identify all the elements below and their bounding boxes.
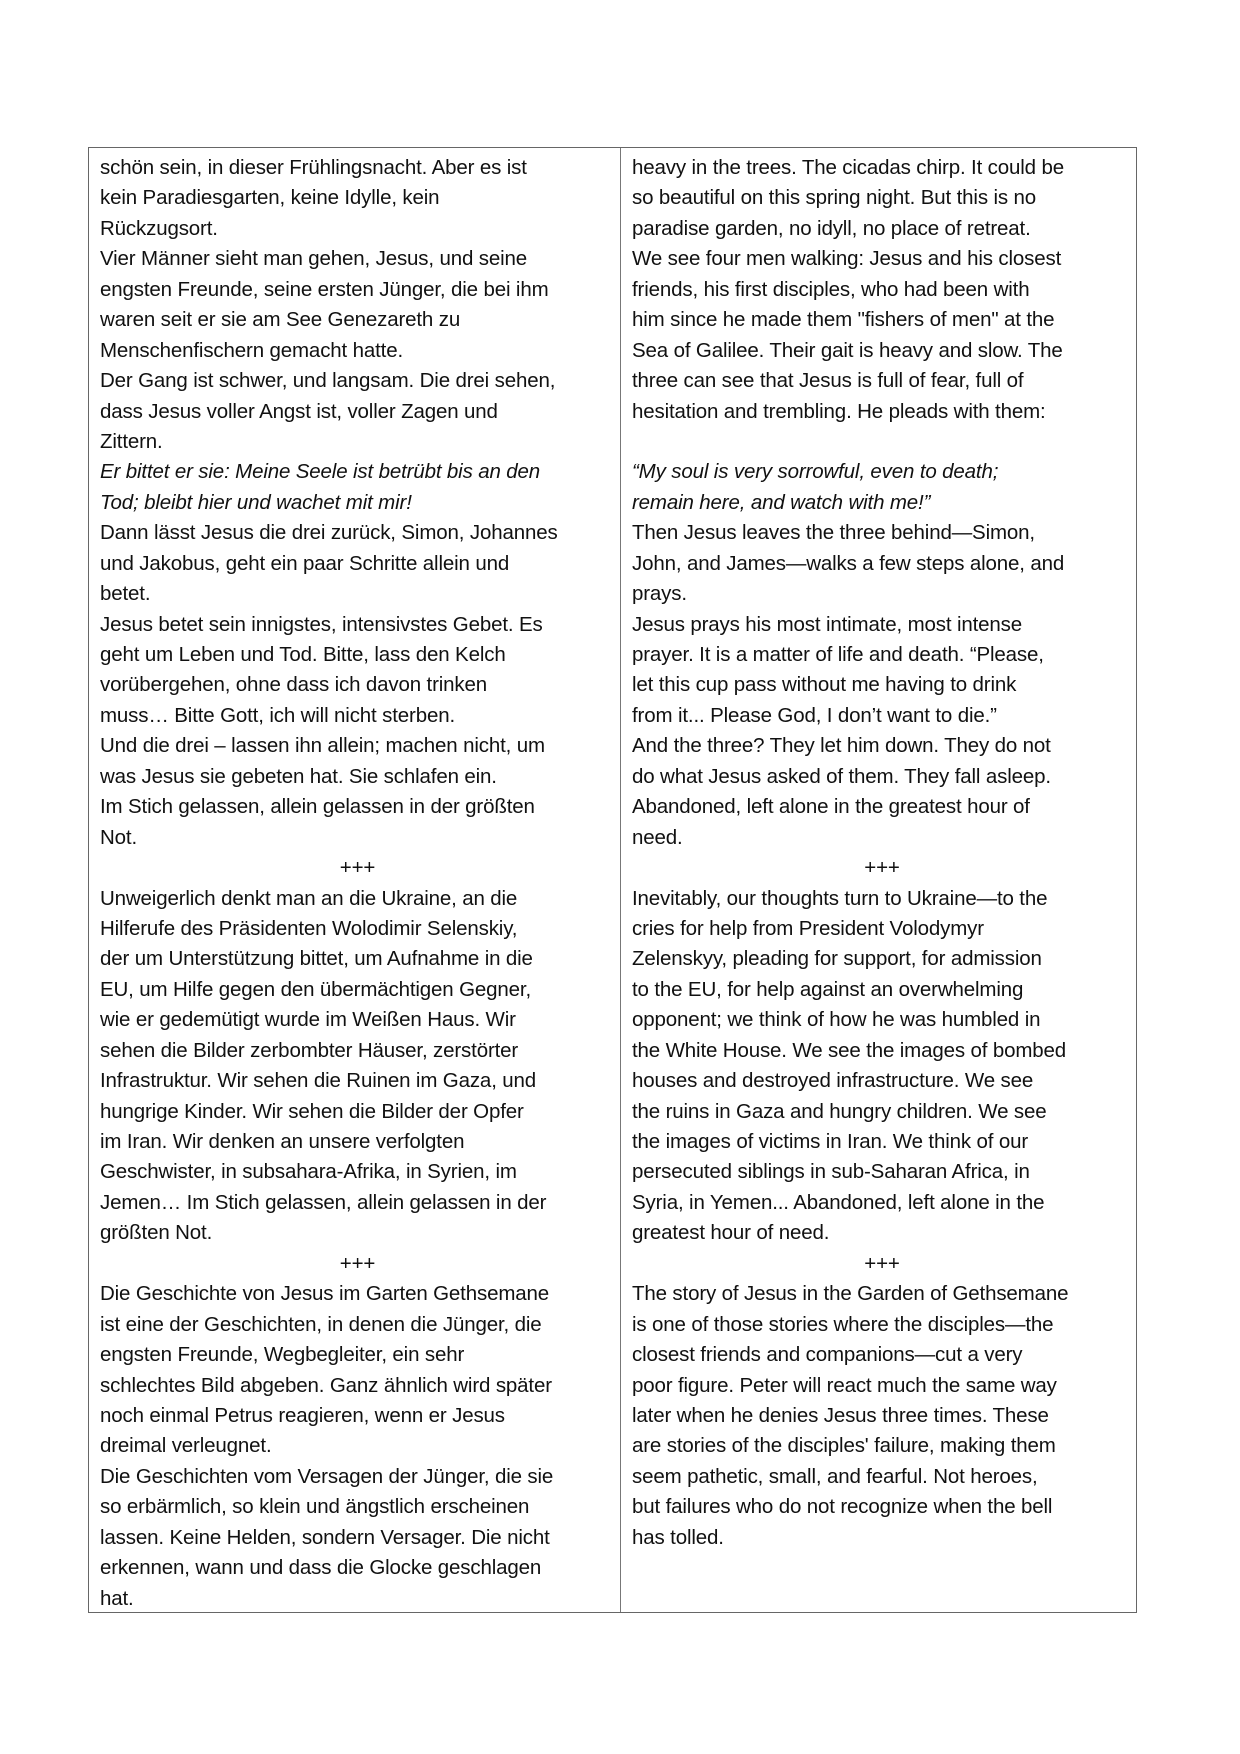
text-line: seem pathetic, small, and fearful. Not h… — [632, 1462, 1132, 1492]
english-column: heavy in the trees. The cicadas chirp. I… — [632, 153, 1132, 1553]
text-line: kein Paradiesgarten, keine Idylle, kein — [100, 183, 615, 213]
section-separator: +++ — [632, 853, 1132, 883]
text-line: hat. — [100, 1584, 615, 1614]
text-line: EU, um Hilfe gegen den übermächtigen Geg… — [100, 975, 615, 1005]
text-line: are stories of the disciples' failure, m… — [632, 1431, 1132, 1461]
text-line: Dann lässt Jesus die drei zurück, Simon,… — [100, 518, 615, 548]
blank-line — [632, 427, 1132, 457]
text-line: cries for help from President Volodymyr — [632, 914, 1132, 944]
text-line: heavy in the trees. The cicadas chirp. I… — [632, 153, 1132, 183]
text-line: Zelenskyy, pleading for support, for adm… — [632, 944, 1132, 974]
quote-line: Tod; bleibt hier und wachet mit mir! — [100, 488, 615, 518]
text-line: Hilferufe des Präsidenten Wolodimir Sele… — [100, 914, 615, 944]
bilingual-table: schön sein, in dieser Frühlingsnacht. Ab… — [88, 147, 1137, 1613]
section-separator: +++ — [100, 1249, 615, 1279]
text-line: has tolled. — [632, 1523, 1132, 1553]
text-line: Der Gang ist schwer, und langsam. Die dr… — [100, 366, 615, 396]
text-line: houses and destroyed infrastructure. We … — [632, 1066, 1132, 1096]
text-line: schön sein, in dieser Frühlingsnacht. Ab… — [100, 153, 615, 183]
quote-line: Er bittet er sie: Meine Seele ist betrüb… — [100, 457, 615, 487]
text-line: let this cup pass without me having to d… — [632, 670, 1132, 700]
text-line: Jesus betet sein innigstes, intensivstes… — [100, 610, 615, 640]
text-line: sehen die Bilder zerbombter Häuser, zers… — [100, 1036, 615, 1066]
section-separator: +++ — [632, 1249, 1132, 1279]
text-line: John, and James—walks a few steps alone,… — [632, 549, 1132, 579]
text-line: noch einmal Petrus reagieren, wenn er Je… — [100, 1401, 615, 1431]
text-line: Inevitably, our thoughts turn to Ukraine… — [632, 884, 1132, 914]
text-line: Vier Männer sieht man gehen, Jesus, und … — [100, 244, 615, 274]
text-line: to the EU, for help against an overwhelm… — [632, 975, 1132, 1005]
text-line: hungrige Kinder. Wir sehen die Bilder de… — [100, 1097, 615, 1127]
text-line: waren seit er sie am See Genezareth zu — [100, 305, 615, 335]
text-line: wie er gedemütigt wurde im Weißen Haus. … — [100, 1005, 615, 1035]
text-line: the ruins in Gaza and hungry children. W… — [632, 1097, 1132, 1127]
text-line: schlechtes Bild abgeben. Ganz ähnlich wi… — [100, 1371, 615, 1401]
text-line: dreimal verleugnet. — [100, 1431, 615, 1461]
text-line: lassen. Keine Helden, sondern Versager. … — [100, 1523, 615, 1553]
text-line: opponent; we think of how he was humbled… — [632, 1005, 1132, 1035]
text-line: Zittern. — [100, 427, 615, 457]
text-line: The story of Jesus in the Garden of Geth… — [632, 1279, 1132, 1309]
text-line: Infrastruktur. Wir sehen die Ruinen im G… — [100, 1066, 615, 1096]
text-line: Die Geschichte von Jesus im Garten Geths… — [100, 1279, 615, 1309]
text-line: from it... Please God, I don’t want to d… — [632, 701, 1132, 731]
text-line: Abandoned, left alone in the greatest ho… — [632, 792, 1132, 822]
text-line: Im Stich gelassen, allein gelassen in de… — [100, 792, 615, 822]
text-line: Syria, in Yemen... Abandoned, left alone… — [632, 1188, 1132, 1218]
text-line: ist eine der Geschichten, in denen die J… — [100, 1310, 615, 1340]
section-separator: +++ — [100, 853, 615, 883]
text-line: hesitation and trembling. He pleads with… — [632, 397, 1132, 427]
text-line: so erbärmlich, so klein und ängstlich er… — [100, 1492, 615, 1522]
text-line: und Jakobus, geht ein paar Schritte alle… — [100, 549, 615, 579]
text-line: Sea of Galilee. Their gait is heavy and … — [632, 336, 1132, 366]
text-line: need. — [632, 823, 1132, 853]
text-line: Then Jesus leaves the three behind—Simon… — [632, 518, 1132, 548]
text-line: prayer. It is a matter of life and death… — [632, 640, 1132, 670]
text-line: der um Unterstützung bittet, um Aufnahme… — [100, 944, 615, 974]
text-line: geht um Leben und Tod. Bitte, lass den K… — [100, 640, 615, 670]
text-line: persecuted siblings in sub-Saharan Afric… — [632, 1157, 1132, 1187]
text-line: engsten Freunde, Wegbegleiter, ein sehr — [100, 1340, 615, 1370]
text-line: Jesus prays his most intimate, most inte… — [632, 610, 1132, 640]
text-line: poor figure. Peter will react much the s… — [632, 1371, 1132, 1401]
quote-line: “My soul is very sorrowful, even to deat… — [632, 457, 1132, 487]
text-line: prays. — [632, 579, 1132, 609]
text-line: was Jesus sie gebeten hat. Sie schlafen … — [100, 762, 615, 792]
text-line: is one of those stories where the discip… — [632, 1310, 1132, 1340]
text-line: him since he made them "fishers of men" … — [632, 305, 1132, 335]
text-line: Unweigerlich denkt man an die Ukraine, a… — [100, 884, 615, 914]
text-line: And the three? They let him down. They d… — [632, 731, 1132, 761]
column-divider — [620, 148, 621, 1612]
text-line: dass Jesus voller Angst ist, voller Zage… — [100, 397, 615, 427]
text-line: Menschenfischern gemacht hatte. — [100, 336, 615, 366]
text-line: but failures who do not recognize when t… — [632, 1492, 1132, 1522]
text-line: three can see that Jesus is full of fear… — [632, 366, 1132, 396]
text-line: Not. — [100, 823, 615, 853]
text-line: We see four men walking: Jesus and his c… — [632, 244, 1132, 274]
text-line: Rückzugsort. — [100, 214, 615, 244]
text-line: engsten Freunde, seine ersten Jünger, di… — [100, 275, 615, 305]
text-line: im Iran. Wir denken an unsere verfolgten — [100, 1127, 615, 1157]
text-line: the images of victims in Iran. We think … — [632, 1127, 1132, 1157]
text-line: paradise garden, no idyll, no place of r… — [632, 214, 1132, 244]
text-line: later when he denies Jesus three times. … — [632, 1401, 1132, 1431]
text-line: erkennen, wann und dass die Glocke gesch… — [100, 1553, 615, 1583]
text-line: betet. — [100, 579, 615, 609]
text-line: Geschwister, in subsahara-Afrika, in Syr… — [100, 1157, 615, 1187]
text-line: Jemen… Im Stich gelassen, allein gelasse… — [100, 1188, 615, 1218]
text-line: Die Geschichten vom Versagen der Jünger,… — [100, 1462, 615, 1492]
document-page: schön sein, in dieser Frühlingsnacht. Ab… — [0, 0, 1240, 1754]
text-line: the White House. We see the images of bo… — [632, 1036, 1132, 1066]
text-line: friends, his first disciples, who had be… — [632, 275, 1132, 305]
text-line: vorübergehen, ohne dass ich davon trinke… — [100, 670, 615, 700]
text-line: do what Jesus asked of them. They fall a… — [632, 762, 1132, 792]
text-line: greatest hour of need. — [632, 1218, 1132, 1248]
german-column: schön sein, in dieser Frühlingsnacht. Ab… — [100, 153, 615, 1614]
text-line: größten Not. — [100, 1218, 615, 1248]
text-line: so beautiful on this spring night. But t… — [632, 183, 1132, 213]
text-line: Und die drei – lassen ihn allein; machen… — [100, 731, 615, 761]
quote-line: remain here, and watch with me!” — [632, 488, 1132, 518]
text-line: closest friends and companions—cut a ver… — [632, 1340, 1132, 1370]
text-line: muss… Bitte Gott, ich will nicht sterben… — [100, 701, 615, 731]
